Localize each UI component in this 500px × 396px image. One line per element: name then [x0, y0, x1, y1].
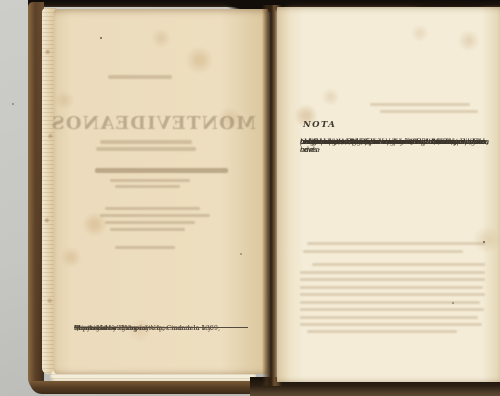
showthrough-line: [300, 293, 485, 296]
showthrough-line: [100, 140, 192, 144]
book-cover-bottom-edge: [30, 381, 272, 394]
showthrough-line: [300, 286, 483, 289]
paper-speck: [240, 253, 242, 255]
showthrough-line: [370, 103, 470, 106]
showthrough-line: [303, 250, 463, 253]
showthrough-line: [300, 316, 478, 319]
showthrough-line: [312, 263, 485, 266]
showthrough-title: MONTEVIDEANOS: [66, 113, 256, 133]
showthrough-line: [115, 185, 180, 188]
nota-line: las fechas en que fueron escritos.: [300, 138, 423, 146]
nota-heading: NOTA: [303, 120, 336, 130]
showthrough-line: [300, 308, 484, 311]
right-page: NOTA En esta segunda edición de Montevid…: [277, 7, 500, 382]
book-photo: MONTEVIDEANOS Queda hecho el depósito qu…: [0, 0, 500, 396]
showthrough-line: [100, 214, 210, 217]
showthrough-line: [300, 271, 485, 274]
paper-speck: [483, 241, 485, 243]
backdrop-speck: [12, 103, 14, 105]
showthrough-line: [95, 168, 228, 173]
showthrough-line: [115, 246, 175, 249]
paper-speck: [452, 302, 454, 304]
showthrough-line: [96, 147, 196, 151]
showthrough-line: [307, 330, 457, 333]
showthrough-line: [380, 110, 478, 113]
showthrough-line: [110, 228, 185, 231]
showthrough-line: [110, 179, 190, 182]
showthrough-line: [105, 221, 195, 224]
paper-speck: [100, 37, 102, 39]
showthrough-line: [108, 75, 172, 79]
showthrough-line: [300, 278, 485, 281]
left-page: MONTEVIDEANOS Queda hecho el depósito qu…: [54, 9, 268, 374]
showthrough-line: [105, 207, 200, 210]
impreso-en-uruguay-label: Impreso en el Uruguay: [74, 325, 149, 333]
showthrough-line: [300, 323, 482, 326]
showthrough-line: [307, 242, 485, 245]
